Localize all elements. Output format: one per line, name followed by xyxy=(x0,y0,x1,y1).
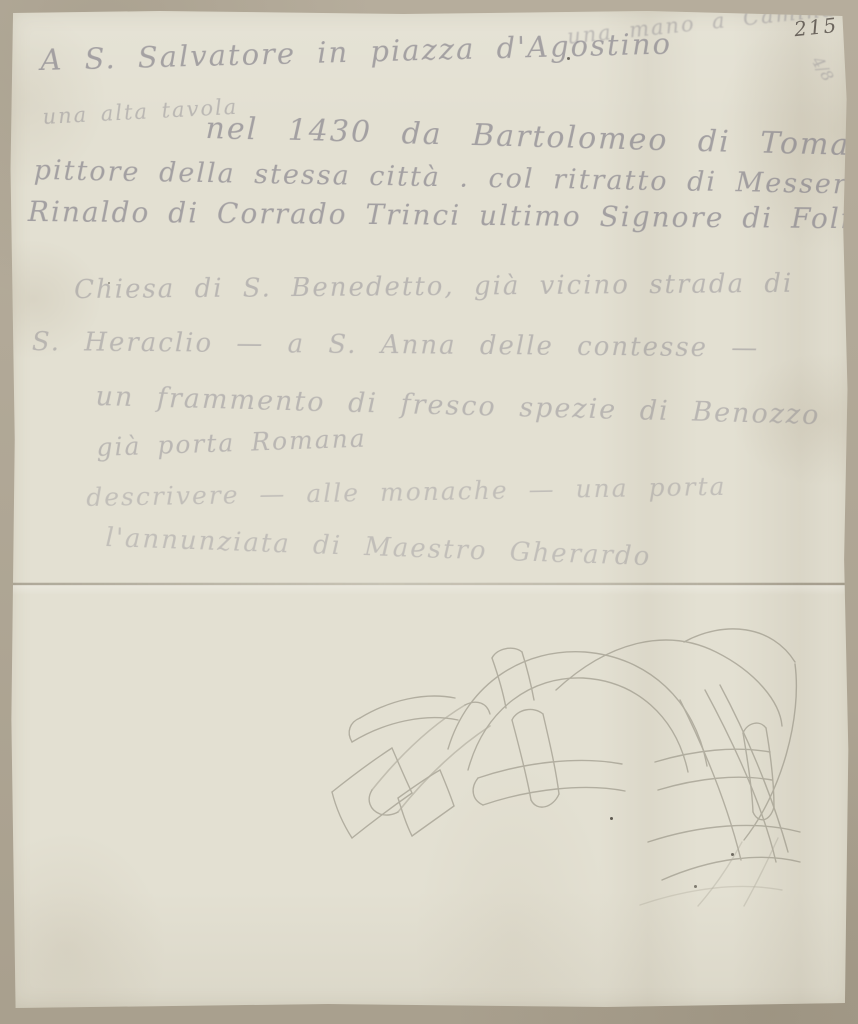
ink-speck xyxy=(567,57,570,60)
ink-speck xyxy=(108,282,110,284)
ink-speck xyxy=(731,853,734,856)
ink-speck xyxy=(694,885,697,888)
pencil-sketch xyxy=(8,9,850,1010)
paper-sheet: 215 una mano a Camina 4/8 A S. Salvatore… xyxy=(8,9,850,1010)
scanned-manuscript-page: 215 una mano a Camina 4/8 A S. Salvatore… xyxy=(0,0,858,1024)
ink-speck xyxy=(610,817,613,820)
